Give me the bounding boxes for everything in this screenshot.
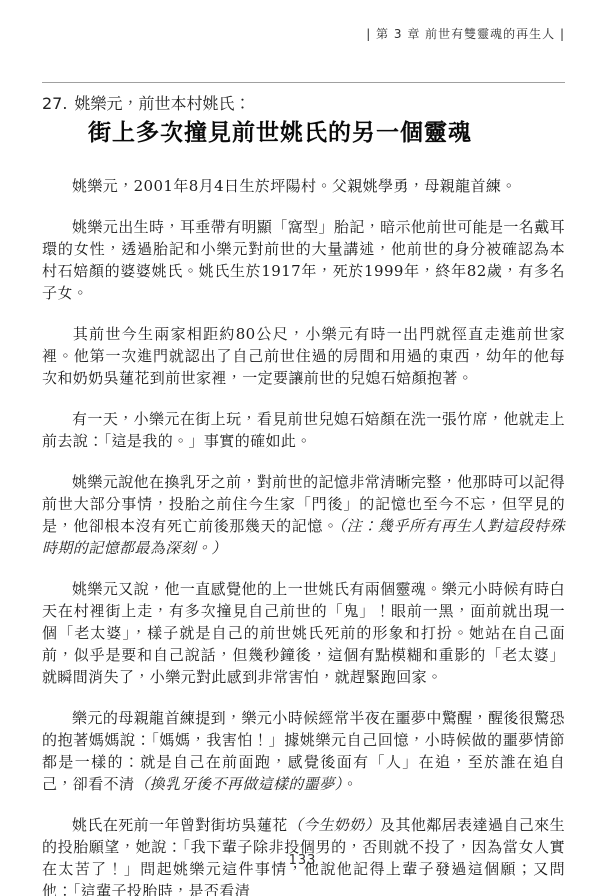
running-head-chapter: | 第 3 章 前世有雙靈魂的再生人 | — [42, 0, 565, 43]
body-text: 姚樂元出生時，耳垂帶有明顯「窩型」胎記，暗示他前世可能是一名戴耳環的女性，透過胎… — [42, 218, 565, 302]
article-body: 姚樂元，2001年8月4日生於坪陽村。父親姚學勇，母親龍首練。姚樂元出生時，耳垂… — [42, 175, 565, 896]
section-heading: 27. 姚樂元，前世本村姚氏： — [42, 93, 565, 115]
paragraph: 姚樂元又說，他一直感覺他的上一世姚氏有兩個靈魂。樂元小時候有時白天在村裡街上走，… — [42, 578, 565, 688]
annotation-text: （換乳牙後不再做這樣的噩夢） — [134, 775, 342, 793]
body-text: 姚氏在死前一年曾對街坊吳蓮花 — [72, 816, 288, 834]
section-number: 27. — [42, 93, 67, 115]
annotation-text: （今生奶奶） — [288, 816, 380, 834]
section-main-title: 街上多次撞見前世姚氏的另一個靈魂 — [42, 117, 565, 149]
paragraph: 樂元的母親龍首練提到，樂元小時候經常半夜在噩夢中驚醒，醒後很驚恐的抱著媽媽說：「… — [42, 707, 565, 795]
paragraph: 姚樂元出生時，耳垂帶有明顯「窩型」胎記，暗示他前世可能是一名戴耳環的女性，透過胎… — [42, 216, 565, 304]
book-page: | 第 3 章 前世有雙靈魂的再生人 | 27. 姚樂元，前世本村姚氏： 街上多… — [0, 0, 605, 896]
page-number: 133 — [0, 853, 605, 868]
body-text: 有一天，小樂元在街上玩，看見前世兒媳石婄顏在洗一張竹席，他就走上前去說：「這是我… — [42, 410, 565, 450]
body-text: 其前世今生兩家相距約80公尺，小樂元有時一出門就徑直走進前世家裡。他第一次進門就… — [42, 325, 565, 387]
paragraph: 姚樂元，2001年8月4日生於坪陽村。父親姚學勇，母親龍首練。 — [42, 175, 565, 197]
paragraph: 有一天，小樂元在街上玩，看見前世兒媳石婄顏在洗一張竹席，他就走上前去說：「這是我… — [42, 408, 565, 452]
header-divider — [42, 82, 565, 83]
paragraph: 姚樂元說他在換乳牙之前，對前世的記憶非常清晰完整，他那時可以記得前世大部分事情，… — [42, 471, 565, 559]
body-text: 。 — [343, 775, 358, 793]
body-text: 姚樂元，2001年8月4日生於坪陽村。父親姚學勇，母親龍首練。 — [72, 177, 517, 195]
body-text: 姚樂元又說，他一直感覺他的上一世姚氏有兩個靈魂。樂元小時候有時白天在村裡街上走，… — [42, 580, 565, 686]
section-subtitle: 姚樂元，前世本村姚氏： — [74, 93, 250, 115]
paragraph: 其前世今生兩家相距約80公尺，小樂元有時一出門就徑直走進前世家裡。他第一次進門就… — [42, 323, 565, 389]
